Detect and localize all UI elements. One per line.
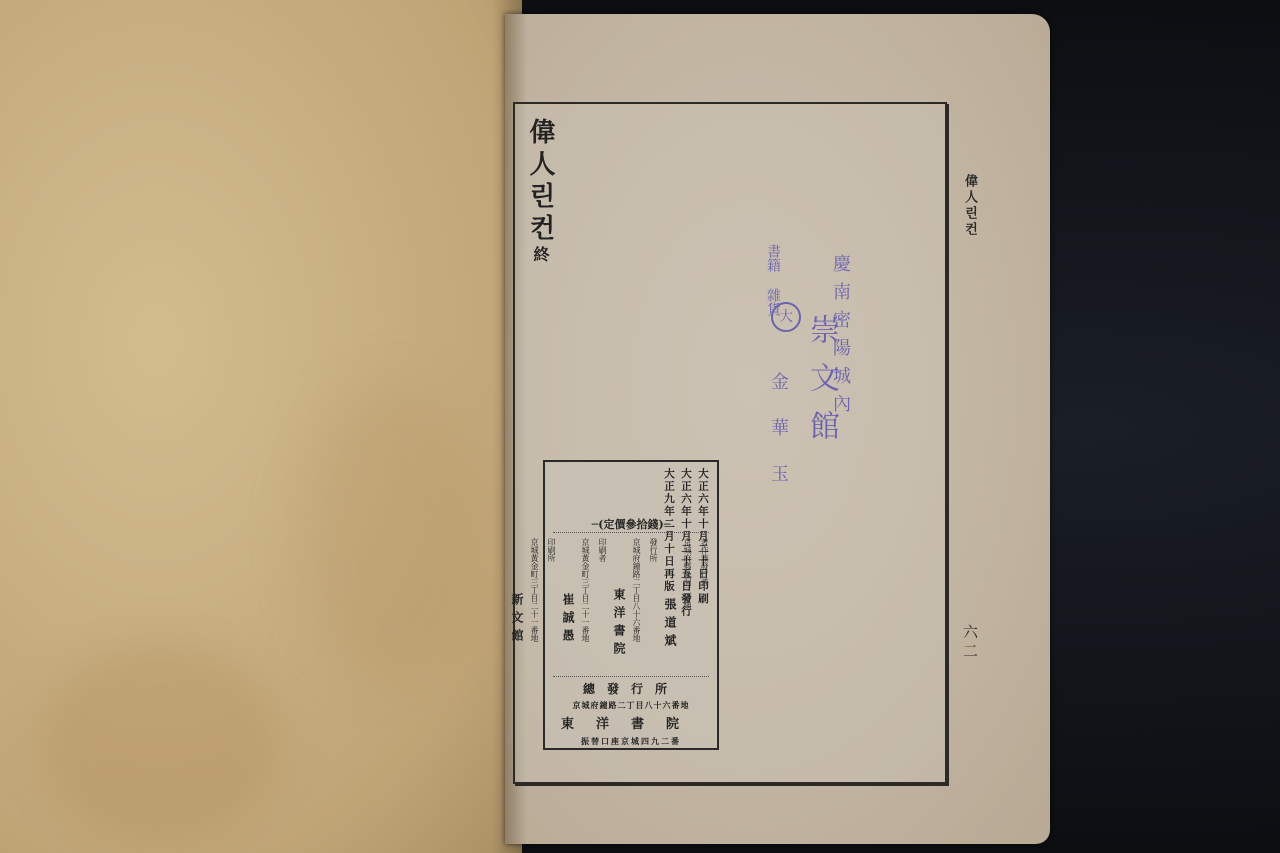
credit-name: 東洋書院 (611, 588, 628, 660)
page-frame: 偉人린컨終 書籍 雜貨 大 慶南密陽城內 崇文館 金華玉 大正六年十月二十日印刷… (513, 102, 947, 784)
bookseller-stamp: 書籍 雜貨 大 慶南密陽城內 崇文館 金華玉 (755, 244, 865, 514)
credit-author-name: 張道斌 (662, 538, 679, 673)
paper-stain (300, 380, 480, 680)
price: ─(定價參拾錢)─ (545, 516, 717, 532)
credit-name: 新文館 (509, 593, 526, 647)
credit-label: 著作兼發行者 (699, 538, 710, 586)
credit-author-detail: 京城府鄕染洞三番地 (679, 538, 696, 673)
credit-print-shop: 印刷所 (543, 538, 560, 673)
credit-publisher-detail: 京城府鐘路二丁目八十六番地 (628, 538, 645, 673)
distributor-account: 振替口座京城四九二番 (545, 736, 717, 747)
credit-printer: 印刷者 (594, 538, 611, 673)
credit-address: 京城府鄕染洞三番地 (682, 538, 693, 610)
stamp-owner: 金華玉 (765, 372, 791, 510)
distributor-block: 總發行所 京城府鐘路二丁目八十六番地 東洋書院 振替口座京城四九二番 (545, 680, 717, 747)
credit-name: 崔誠愚 (560, 593, 577, 647)
credit-name: 張道斌 (662, 598, 679, 652)
distributor-address: 京城府鐘路二丁目八十六番地 (545, 700, 717, 711)
credit-label: 發行所 (648, 538, 659, 562)
end-mark: 終 (531, 246, 550, 268)
credit-print-shop-detail: 京城黃金町三丁目二十一番地 (526, 538, 543, 673)
paper-stain (40, 640, 280, 840)
right-page: 偉人린컨終 書籍 雜貨 大 慶南密陽城內 崇文館 金華玉 大正六年十月二十日印刷… (505, 14, 1050, 844)
credit-printer-detail: 京城黃金町三丁目二十一番地 (577, 538, 594, 673)
running-head: 偉人린컨 (960, 174, 979, 238)
credit-print-shop-name: 新文館 (509, 538, 526, 673)
credits: 著作兼發行者 京城府鄕染洞三番地 張道斌 發行所 京城府鐘路二丁目八十六番地 東… (509, 538, 713, 673)
left-page (0, 0, 522, 853)
credit-author: 著作兼發行者 (696, 538, 713, 673)
colophon-box: 大正六年十月二十日印刷 大正六年十月二十五日發行 大正九年二月十日再版 ─(定價… (543, 460, 719, 750)
credit-address: 京城府鐘路二丁目八十六番地 (631, 538, 642, 642)
book-title-column: 偉人린컨終 (525, 118, 555, 268)
credit-address: 京城黃金町三丁目二十一番地 (580, 538, 591, 642)
credit-address: 京城黃金町三丁目二十一番地 (529, 538, 540, 642)
credit-printer-name: 崔誠愚 (560, 538, 577, 673)
credit-label: 印刷者 (597, 538, 608, 562)
page-number: 六二 (960, 624, 981, 662)
credit-label: 印刷所 (546, 538, 557, 562)
divider (553, 532, 709, 537)
credit-publisher: 發行所 (645, 538, 662, 673)
stamp-circle-mark: 大 (771, 302, 801, 332)
distributor-name: 東洋書院 (545, 713, 717, 732)
distributor-heading: 總發行所 (545, 680, 717, 697)
book-title: 偉人린컨 (525, 118, 555, 246)
stamp-shop-name: 崇文館 (799, 314, 843, 458)
credit-publisher-name: 東洋書院 (611, 538, 628, 673)
